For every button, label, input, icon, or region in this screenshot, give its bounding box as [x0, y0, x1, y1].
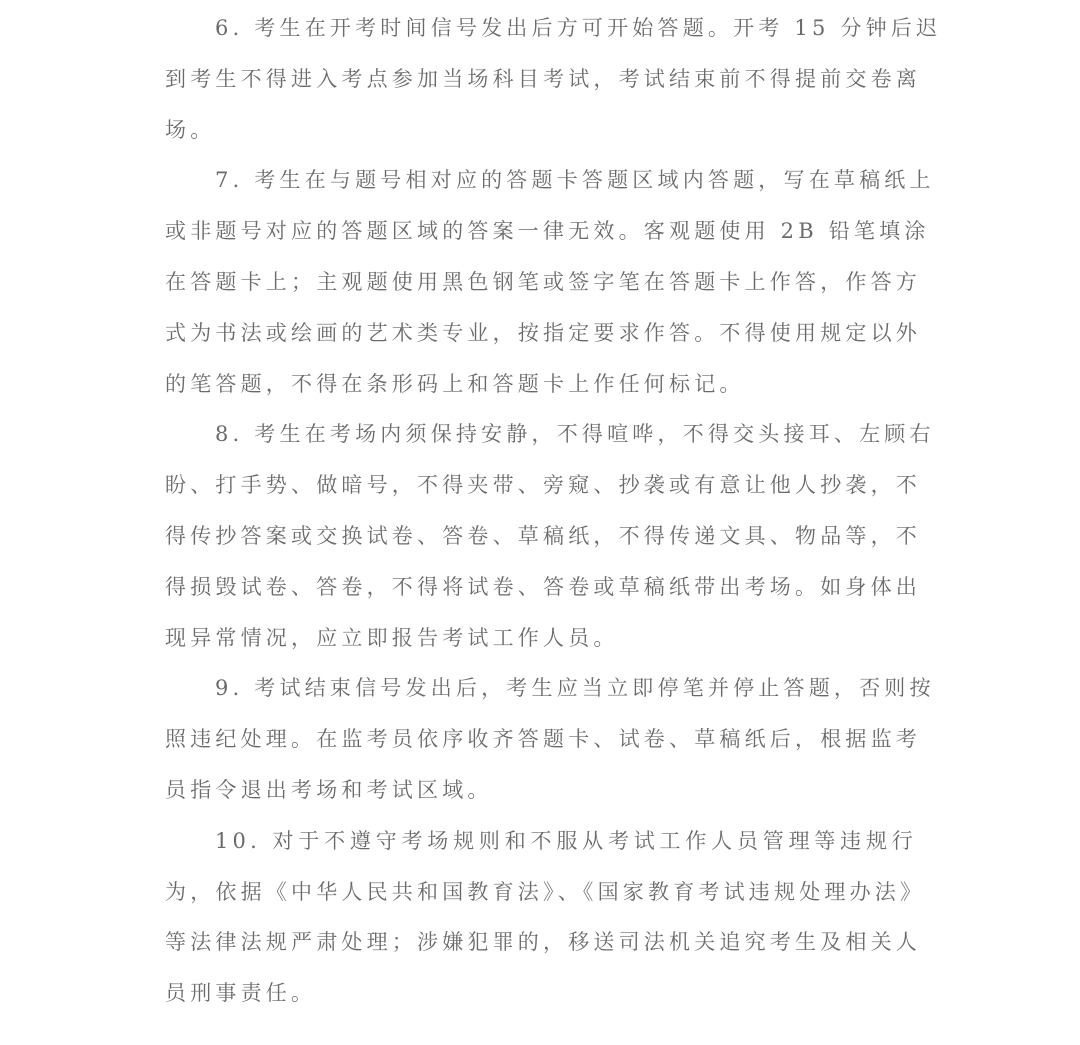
rule-paragraph-9: 9. 考试结束信号发出后，考生应当立即停笔并停止答题，否则按 照违纪处理。在监考… — [165, 663, 917, 815]
document-page: 6. 考生在开考时间信号发出后方可开始答题。开考 15 分钟后迟 到考生不得进入… — [165, 3, 917, 1019]
paragraph-line: 现异常情况，应立即报告考试工作人员。 — [165, 613, 917, 664]
rule-paragraph-7: 7. 考生在与题号相对应的答题卡答题区域内答题，写在草稿纸上 或非题号对应的答题… — [165, 155, 917, 409]
paragraph-line: 在答题卡上；主观题使用黑色钢笔或签字笔在答题卡上作答，作答方 — [165, 257, 917, 308]
rule-paragraph-10: 10. 对于不遵守考场规则和不服从考试工作人员管理等违规行 为，依据《中华人民共… — [165, 816, 917, 1019]
paragraph-line: 等法律法规严肃处理；涉嫌犯罪的，移送司法机关追究考生及相关人 — [165, 917, 917, 968]
paragraph-line: 8. 考生在考场内须保持安静，不得喧哗，不得交头接耳、左顾右 — [165, 409, 917, 460]
paragraph-line: 式为书法或绘画的艺术类专业，按指定要求作答。不得使用规定以外 — [165, 308, 917, 359]
rule-paragraph-6: 6. 考生在开考时间信号发出后方可开始答题。开考 15 分钟后迟 到考生不得进入… — [165, 3, 917, 155]
paragraph-line: 场。 — [165, 105, 917, 156]
paragraph-line: 员刑事责任。 — [165, 968, 917, 1019]
paragraph-line: 得传抄答案或交换试卷、答卷、草稿纸，不得传递文具、物品等，不 — [165, 511, 917, 562]
paragraph-line: 得损毁试卷、答卷，不得将试卷、答卷或草稿纸带出考场。如身体出 — [165, 562, 917, 613]
paragraph-line: 6. 考生在开考时间信号发出后方可开始答题。开考 15 分钟后迟 — [165, 3, 917, 54]
rule-paragraph-8: 8. 考生在考场内须保持安静，不得喧哗，不得交头接耳、左顾右 盼、打手势、做暗号… — [165, 409, 917, 663]
paragraph-line: 的笔答题，不得在条形码上和答题卡上作任何标记。 — [165, 359, 917, 410]
paragraph-line: 照违纪处理。在监考员依序收齐答题卡、试卷、草稿纸后，根据监考 — [165, 714, 917, 765]
paragraph-line: 10. 对于不遵守考场规则和不服从考试工作人员管理等违规行 — [165, 816, 917, 867]
paragraph-line: 盼、打手势、做暗号，不得夹带、旁窥、抄袭或有意让他人抄袭，不 — [165, 460, 917, 511]
paragraph-line: 为，依据《中华人民共和国教育法》、《国家教育考试违规处理办法》 — [165, 867, 917, 918]
paragraph-line: 9. 考试结束信号发出后，考生应当立即停笔并停止答题，否则按 — [165, 663, 917, 714]
paragraph-line: 或非题号对应的答题区域的答案一律无效。客观题使用 2B 铅笔填涂 — [165, 206, 917, 257]
paragraph-line: 到考生不得进入考点参加当场科目考试，考试结束前不得提前交卷离 — [165, 54, 917, 105]
paragraph-line: 员指令退出考场和考试区域。 — [165, 765, 917, 816]
paragraph-line: 7. 考生在与题号相对应的答题卡答题区域内答题，写在草稿纸上 — [165, 155, 917, 206]
